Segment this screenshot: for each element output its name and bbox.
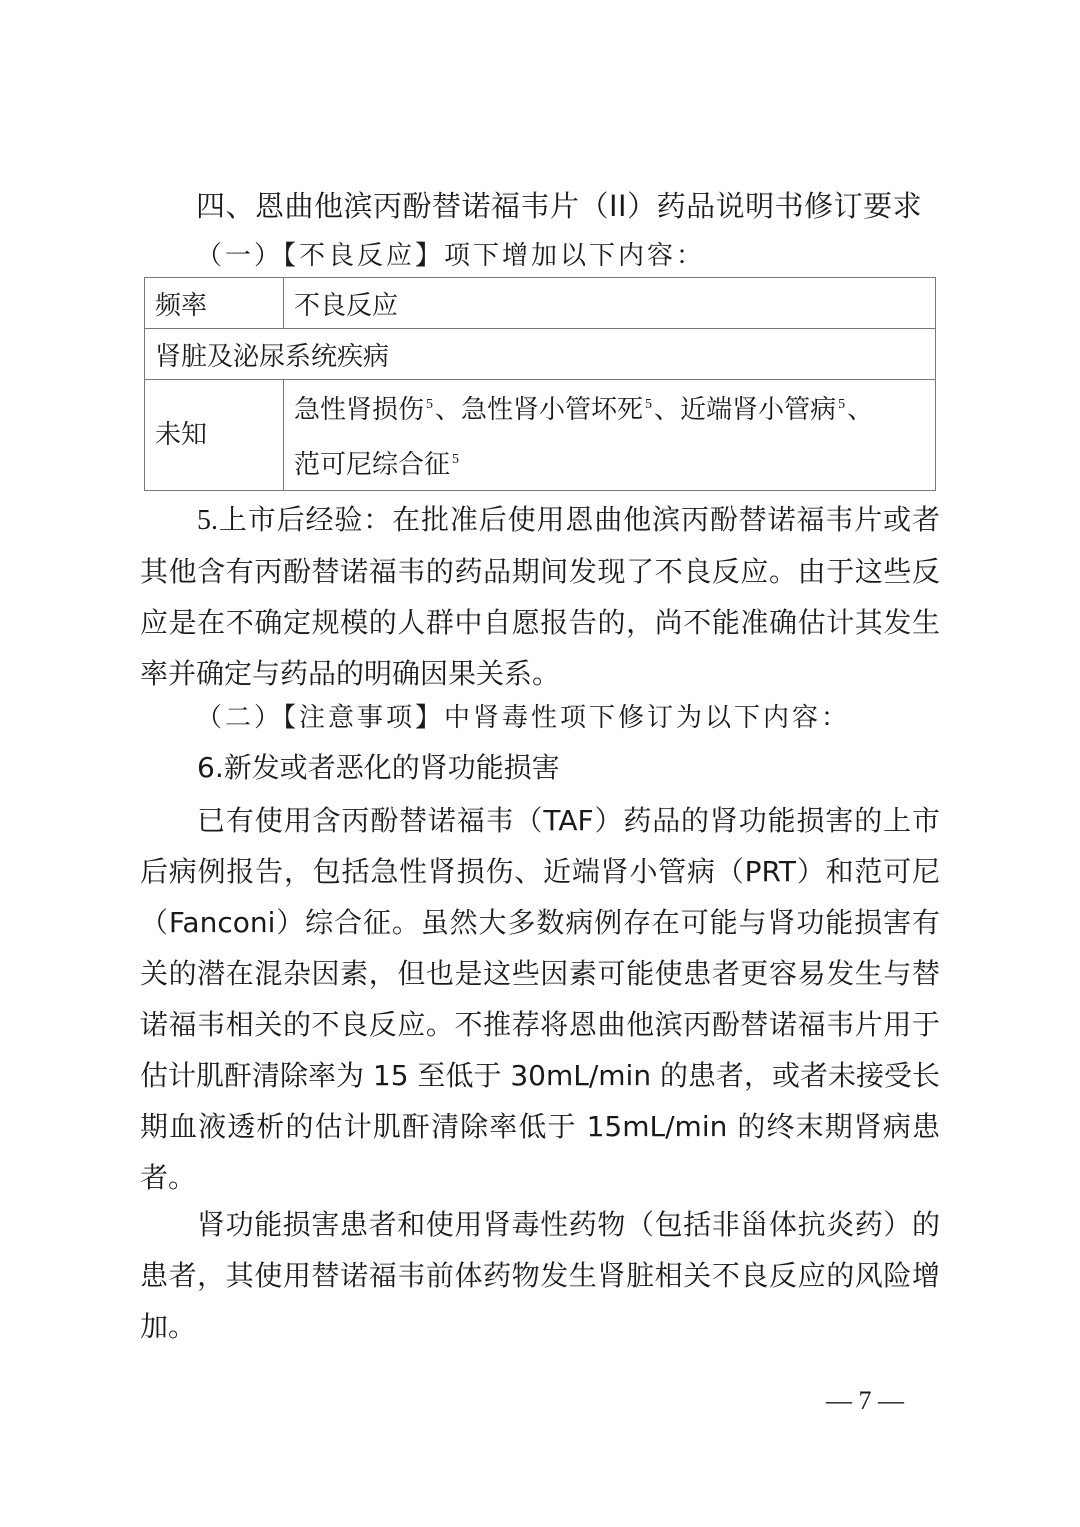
footnote-ref: 5 (838, 397, 845, 412)
document-page: 四、恩曲他滨丙酚替诺福韦片（II）药品说明书修订要求 （一）【不良反应】项下增加… (0, 0, 1080, 1527)
footnote-ref: 5 (452, 452, 459, 467)
footnote-text: 上市后经验：在批准后使用恩曲他滨丙酚替诺福韦片或者其他含有丙酚替诺福韦的药品期间… (140, 503, 940, 690)
separator: 、 (435, 395, 461, 425)
section-heading: 四、恩曲他滨丙酚替诺福韦片（II）药品说明书修订要求 (196, 186, 956, 226)
item-6-title: 6.新发或者恶化的肾功能损害 (140, 742, 940, 793)
item-6-paragraph-2: 肾功能损害患者和使用肾毒性药物（包括非甾体抗炎药）的患者，其使用替诺福韦前体药物… (140, 1199, 940, 1352)
separator: 、 (654, 395, 680, 425)
item-6-paragraph-1: 已有使用含丙酚替诺福韦（TAF）药品的肾功能损害的上市后病例报告，包括急性肾损伤… (140, 795, 940, 1203)
system-organ-class: 肾脏及泌尿系统疾病 (145, 329, 936, 380)
header-reaction: 不良反应 (284, 278, 936, 329)
adverse-reaction-table: 频率 不良反应 肾脏及泌尿系统疾病 未知 急性肾损伤5、急性肾小管坏死5、近端肾… (144, 277, 936, 491)
header-frequency: 频率 (145, 278, 284, 329)
reaction-item: 急性肾损伤 (294, 395, 424, 425)
footnote-5-paragraph: 5.上市后经验：在批准后使用恩曲他滨丙酚替诺福韦片或者其他含有丙酚替诺福韦的药品… (140, 494, 940, 699)
table-system-row: 肾脏及泌尿系统疾病 (145, 329, 936, 380)
reaction-item: 近端肾小管病 (680, 395, 836, 425)
row-reactions: 急性肾损伤5、急性肾小管坏死5、近端肾小管病5、范可尼综合征5 (284, 380, 936, 491)
subsection-1-title: （一）【不良反应】项下增加以下内容： (196, 238, 705, 274)
page-number: — 7 — (826, 1386, 904, 1416)
footnote-label: 5. (197, 505, 218, 536)
table-header-row: 频率 不良反应 (145, 278, 936, 329)
subsection-2-title: （二）【注意事项】中肾毒性项下修订为以下内容： (196, 700, 850, 736)
table-row: 未知 急性肾损伤5、急性肾小管坏死5、近端肾小管病5、范可尼综合征5 (145, 380, 936, 491)
row-frequency: 未知 (145, 380, 284, 491)
footnote-ref: 5 (645, 397, 652, 412)
reaction-item: 急性肾小管坏死 (461, 395, 643, 425)
reaction-item: 范可尼综合征 (294, 450, 450, 480)
separator: 、 (847, 395, 873, 425)
footnote-ref: 5 (426, 397, 433, 412)
